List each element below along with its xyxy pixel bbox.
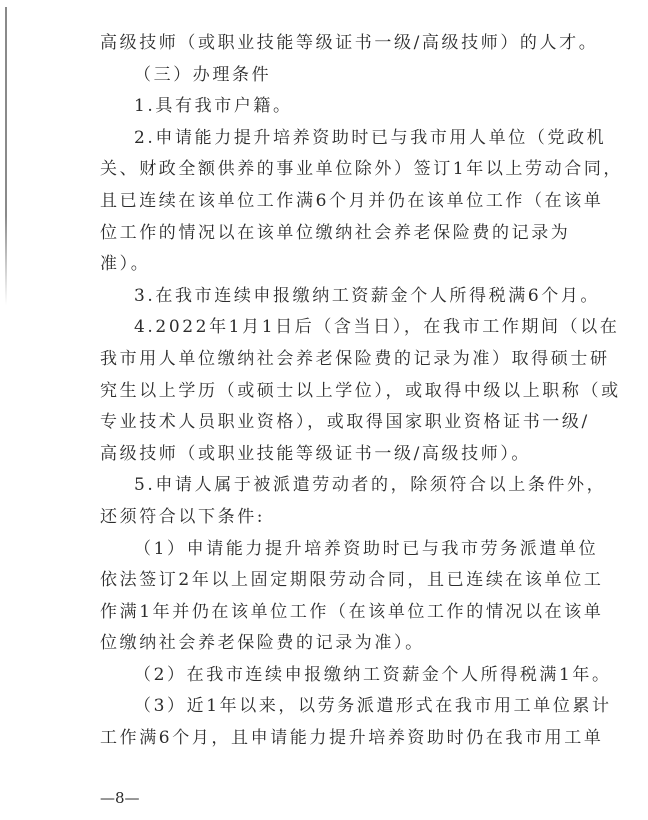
condition-1: 1.具有我市户籍。 [100, 91, 548, 123]
scan-edge-line [5, 7, 7, 305]
condition-4-line-3: 究生以上学历（或硕士以上学位），或取得中级以上职称（或 [100, 376, 548, 408]
sub-condition-1-line-1: （1）申请能力提升培养资助时已与我市劳务派遣单位 [100, 534, 548, 566]
condition-4-line-5: 高级技师（或职业技能等级证书一级/高级技师）。 [100, 439, 548, 471]
sub-condition-3-line-2: 工作满6个月，且申请能力提升培养资助时仍在我市用工单 [100, 723, 548, 755]
condition-3: 3.在我市连续申报缴纳工资薪金个人所得税满6个月。 [100, 281, 548, 313]
document-body: 高级技师（或职业技能等级证书一级/高级技师）的人才。 （三）办理条件 1.具有我… [100, 28, 548, 755]
sub-condition-3-line-1: （3）近1年以来，以劳务派遣形式在我市用工单位累计 [100, 691, 548, 723]
condition-2-line-3: 且已连续在该单位工作满6个月并仍在该单位工作（在该单 [100, 186, 548, 218]
sub-condition-1-line-3: 作满1年并仍在该单位工作（在该单位工作的情况以在该单 [100, 597, 548, 629]
section-heading-conditions: （三）办理条件 [100, 60, 548, 92]
text-line-continuation: 高级技师（或职业技能等级证书一级/高级技师）的人才。 [100, 28, 548, 60]
condition-2-line-4: 位工作的情况以在该单位缴纳社会养老保险费的记录为 [100, 218, 548, 250]
condition-5-line-2: 还须符合以下条件: [100, 502, 548, 534]
condition-4-line-1: 4.2022年1月1日后（含当日），在我市工作期间（以在 [100, 312, 548, 344]
condition-2-line-2: 关、财政全额供养的事业单位除外）签订1年以上劳动合同， [100, 154, 548, 186]
condition-4-line-2: 我市用人单位缴纳社会养老保险费的记录为准）取得硕士研 [100, 344, 548, 376]
condition-2-line-1: 2.申请能力提升培养资助时已与我市用人单位（党政机 [100, 123, 548, 155]
sub-condition-1-line-2: 依法签订2年以上固定期限劳动合同，且已连续在该单位工 [100, 565, 548, 597]
sub-condition-2: （2）在我市连续申报缴纳工资薪金个人所得税满1年。 [100, 660, 548, 692]
condition-5-line-1: 5.申请人属于被派遣劳动者的，除须符合以上条件外， [100, 470, 548, 502]
sub-condition-1-line-4: 位缴纳社会养老保险费的记录为准）。 [100, 628, 548, 660]
condition-2-line-5: 准）。 [100, 249, 548, 281]
condition-4-line-4: 专业技术人员职业资格），或取得国家职业资格证书一级/ [100, 407, 548, 439]
page-number: —8— [100, 789, 140, 807]
